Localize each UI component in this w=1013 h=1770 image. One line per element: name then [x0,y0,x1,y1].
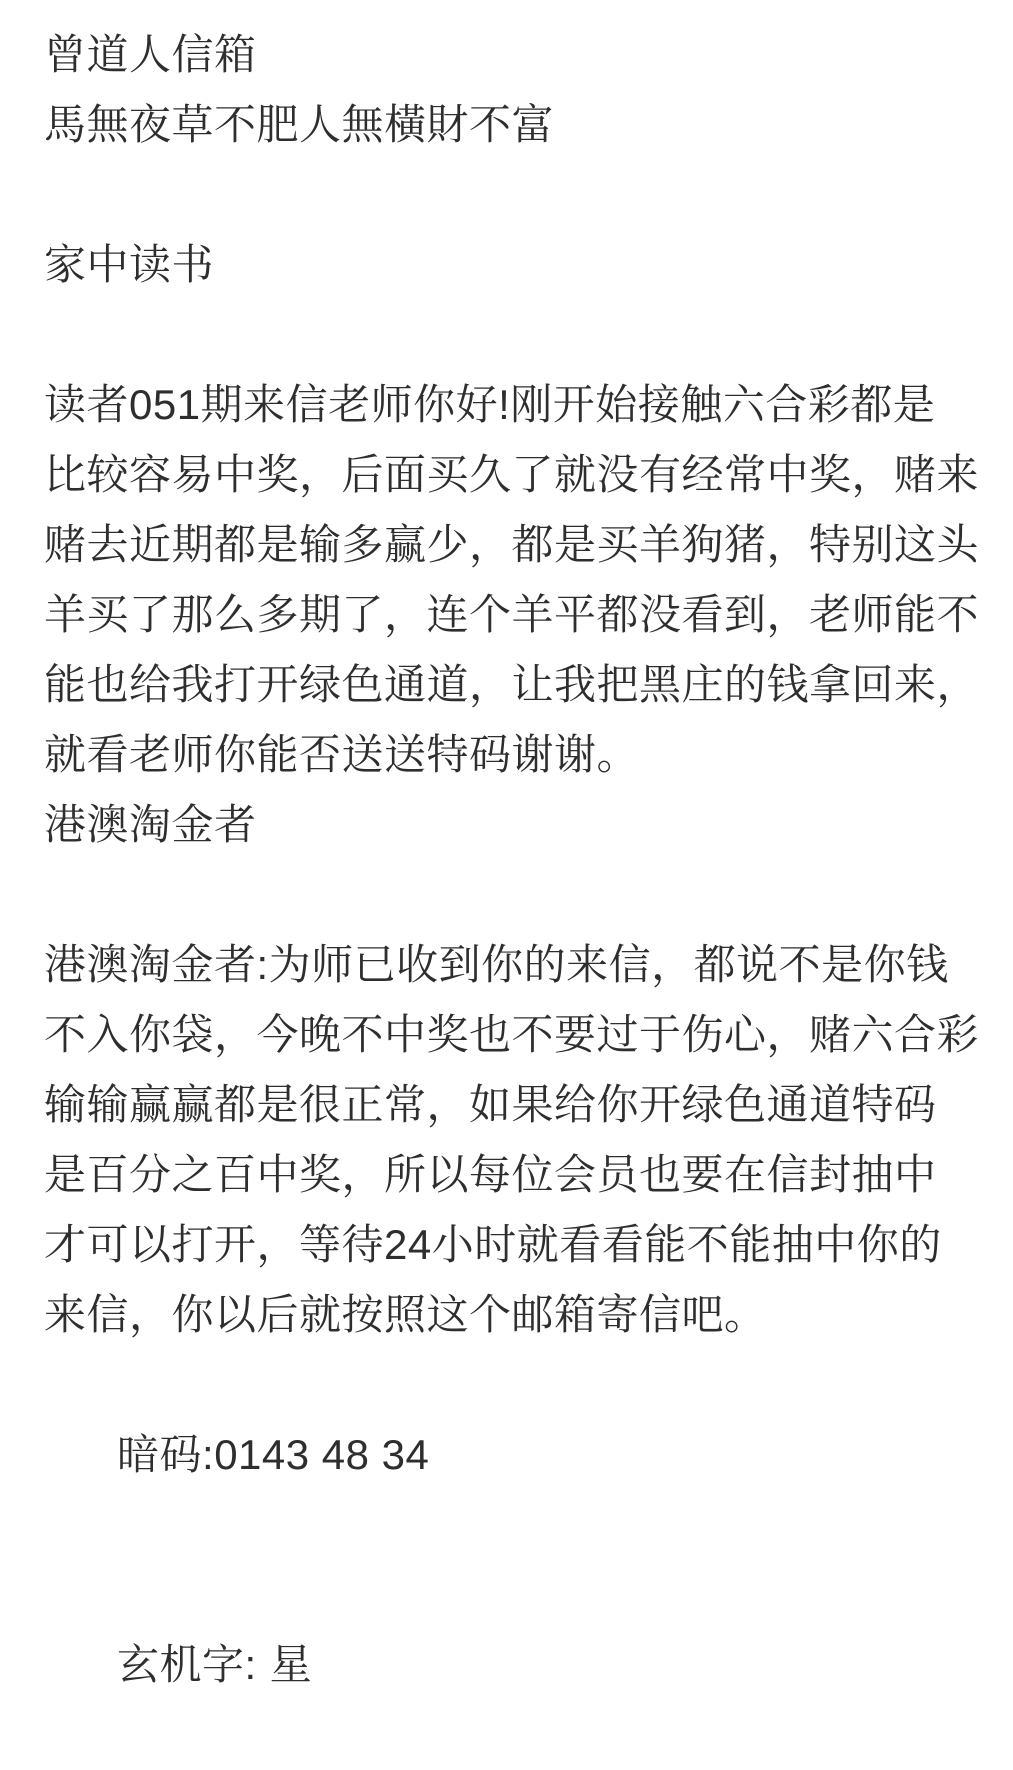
secret-code-value: 0143 48 34 [214,1431,429,1478]
mystery-word-line: 玄机字:星 [44,1560,975,1770]
reply-letter-line: 不入你袋，今晚不中奖也不要过于伤心，赌六合彩 [44,1000,975,1070]
secret-code-label: 暗码: [117,1431,214,1478]
article-page: 曾道人信箱 馬無夜草不肥人無橫財不富 家中读书 读者051期来信老师你好!刚开始… [0,0,1013,1770]
mailbox-title: 曾道人信箱 [44,20,975,90]
reply-letter-line: 来信，你以后就按照这个邮箱寄信吧。 [44,1280,975,1350]
reader-letter-line: 能也给我打开绿色通道，让我把黑庄的钱拿回来， [44,650,975,720]
section-title: 家中读书 [44,230,975,300]
masthead-motto: 馬無夜草不肥人無橫財不富 [44,90,975,160]
reply-letter-line: 港澳淘金者:为师已收到你的来信，都说不是你钱 [44,930,975,1000]
section-title-block: 家中读书 [44,230,975,300]
reader-letter-line: 赌去近期都是输多赢少，都是买羊狗猪，特别这头 [44,510,975,580]
masthead: 曾道人信箱 馬無夜草不肥人無橫財不富 [44,20,975,160]
reader-letter-line: 比较容易中奖，后面买久了就没有经常中奖，赌来 [44,440,975,510]
reply-letter-line: 输输赢赢都是很正常，如果给你开绿色通道特码 [44,1070,975,1140]
reply-letter: 港澳淘金者:为师已收到你的来信，都说不是你钱 不入你袋，今晚不中奖也不要过于伤心… [44,930,975,1770]
secret-code-line: 暗码:0143 48 34 [44,1350,975,1560]
reader-letter-line: 羊买了那么多期了，连个羊平都没看到，老师能不 [44,580,975,650]
mystery-word-value: 星 [270,1641,313,1688]
reply-letter-line: 才可以打开，等待24小时就看看能不能抽中你的 [44,1210,975,1280]
reader-letter-line: 读者051期来信老师你好!刚开始接触六合彩都是 [44,370,975,440]
reader-signature: 港澳淘金者 [44,790,975,860]
reader-letter: 读者051期来信老师你好!刚开始接触六合彩都是 比较容易中奖，后面买久了就没有经… [44,370,975,860]
mystery-word-label: 玄机字: [117,1641,257,1688]
reply-letter-line: 是百分之百中奖，所以每位会员也要在信封抽中 [44,1140,975,1210]
reader-letter-line: 就看老师你能否送送特码谢谢。 [44,720,975,790]
